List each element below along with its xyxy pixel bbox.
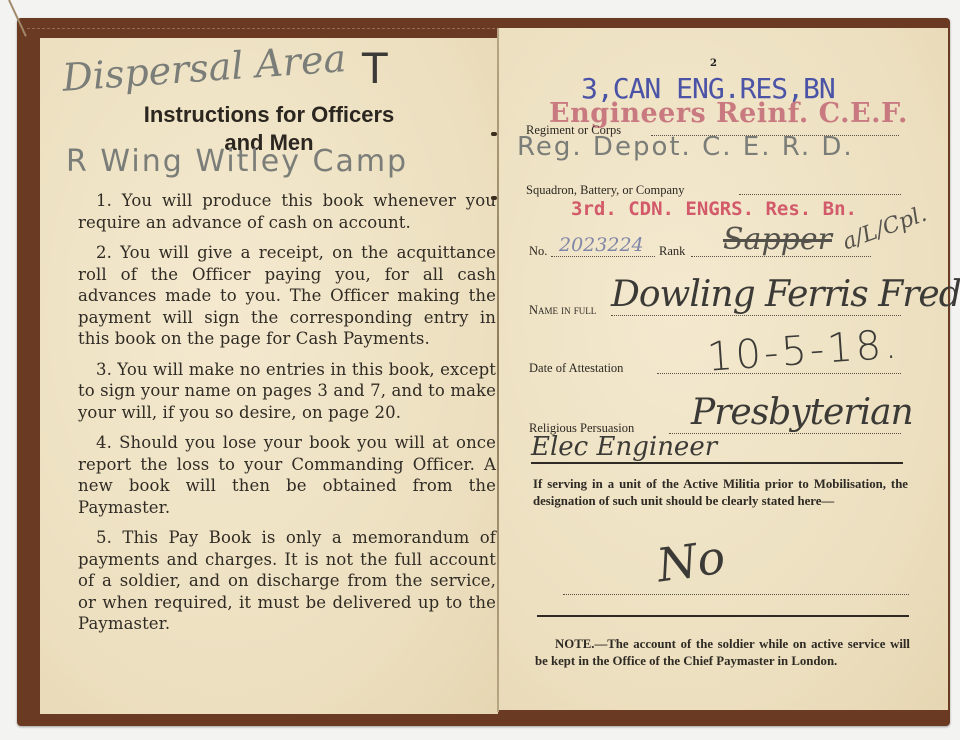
right-page: 2 3,CAN ENG.RES,BN Engineers Reinf. C.E.… bbox=[499, 28, 948, 710]
attestation-label: Date of Attestation bbox=[529, 361, 623, 376]
section-divider bbox=[537, 615, 909, 617]
militia-line bbox=[563, 594, 909, 595]
religion-value: Presbyterian bbox=[691, 392, 913, 433]
number-label: No. bbox=[529, 244, 547, 259]
instruction-item: 4. Should you lose your book you will at… bbox=[78, 432, 496, 518]
squadron-line bbox=[739, 194, 901, 195]
instruction-item: 1. You will produce this book whenever y… bbox=[78, 190, 496, 233]
rank-value: Sapper bbox=[723, 222, 832, 257]
name-line bbox=[611, 315, 901, 316]
handwritten-dispersal-area: Dispersal Area bbox=[61, 36, 348, 100]
handwritten-camp: R Wing Witley Camp bbox=[66, 144, 408, 179]
binding-stitch bbox=[491, 196, 497, 200]
militia-value: No bbox=[654, 530, 729, 593]
instruction-item: 3. You will make no entries in this book… bbox=[78, 359, 496, 424]
name-value: Dowling Ferris Fred bbox=[611, 274, 960, 315]
page-number: 2 bbox=[710, 58, 717, 69]
page-title-line1: Instructions for Officers bbox=[40, 102, 498, 128]
squadron-label: Squadron, Battery, or Company bbox=[526, 183, 685, 198]
trade-underline bbox=[531, 462, 903, 464]
left-page: Dispersal Area T Instructions for Office… bbox=[40, 38, 498, 714]
stamp-squadron: 3rd. CDN. ENGRS. Res. Bn. bbox=[571, 198, 857, 220]
number-value: 2023224 bbox=[559, 234, 644, 256]
handwritten-letter: T bbox=[362, 44, 388, 93]
attestation-value: 10-5-18. bbox=[706, 321, 902, 380]
trade-value: Elec Engineer bbox=[531, 432, 717, 462]
instruction-item: 2. You will give a receipt, on the acqui… bbox=[78, 242, 496, 350]
militia-instruction: If serving in a unit of the Active Milit… bbox=[533, 476, 908, 510]
number-line bbox=[551, 256, 655, 257]
note-text: NOTE.—The account of the soldier while o… bbox=[535, 636, 910, 670]
binding-stitch bbox=[491, 132, 497, 136]
instruction-item: 5. This Pay Book is only a memorandum of… bbox=[78, 527, 496, 635]
rank-label: Rank bbox=[659, 244, 685, 259]
regiment-value: Reg. Depot. C. E. R. D. bbox=[517, 132, 854, 162]
instructions-list: 1. You will produce this book whenever y… bbox=[78, 190, 496, 644]
name-label: Name in full bbox=[529, 303, 596, 318]
